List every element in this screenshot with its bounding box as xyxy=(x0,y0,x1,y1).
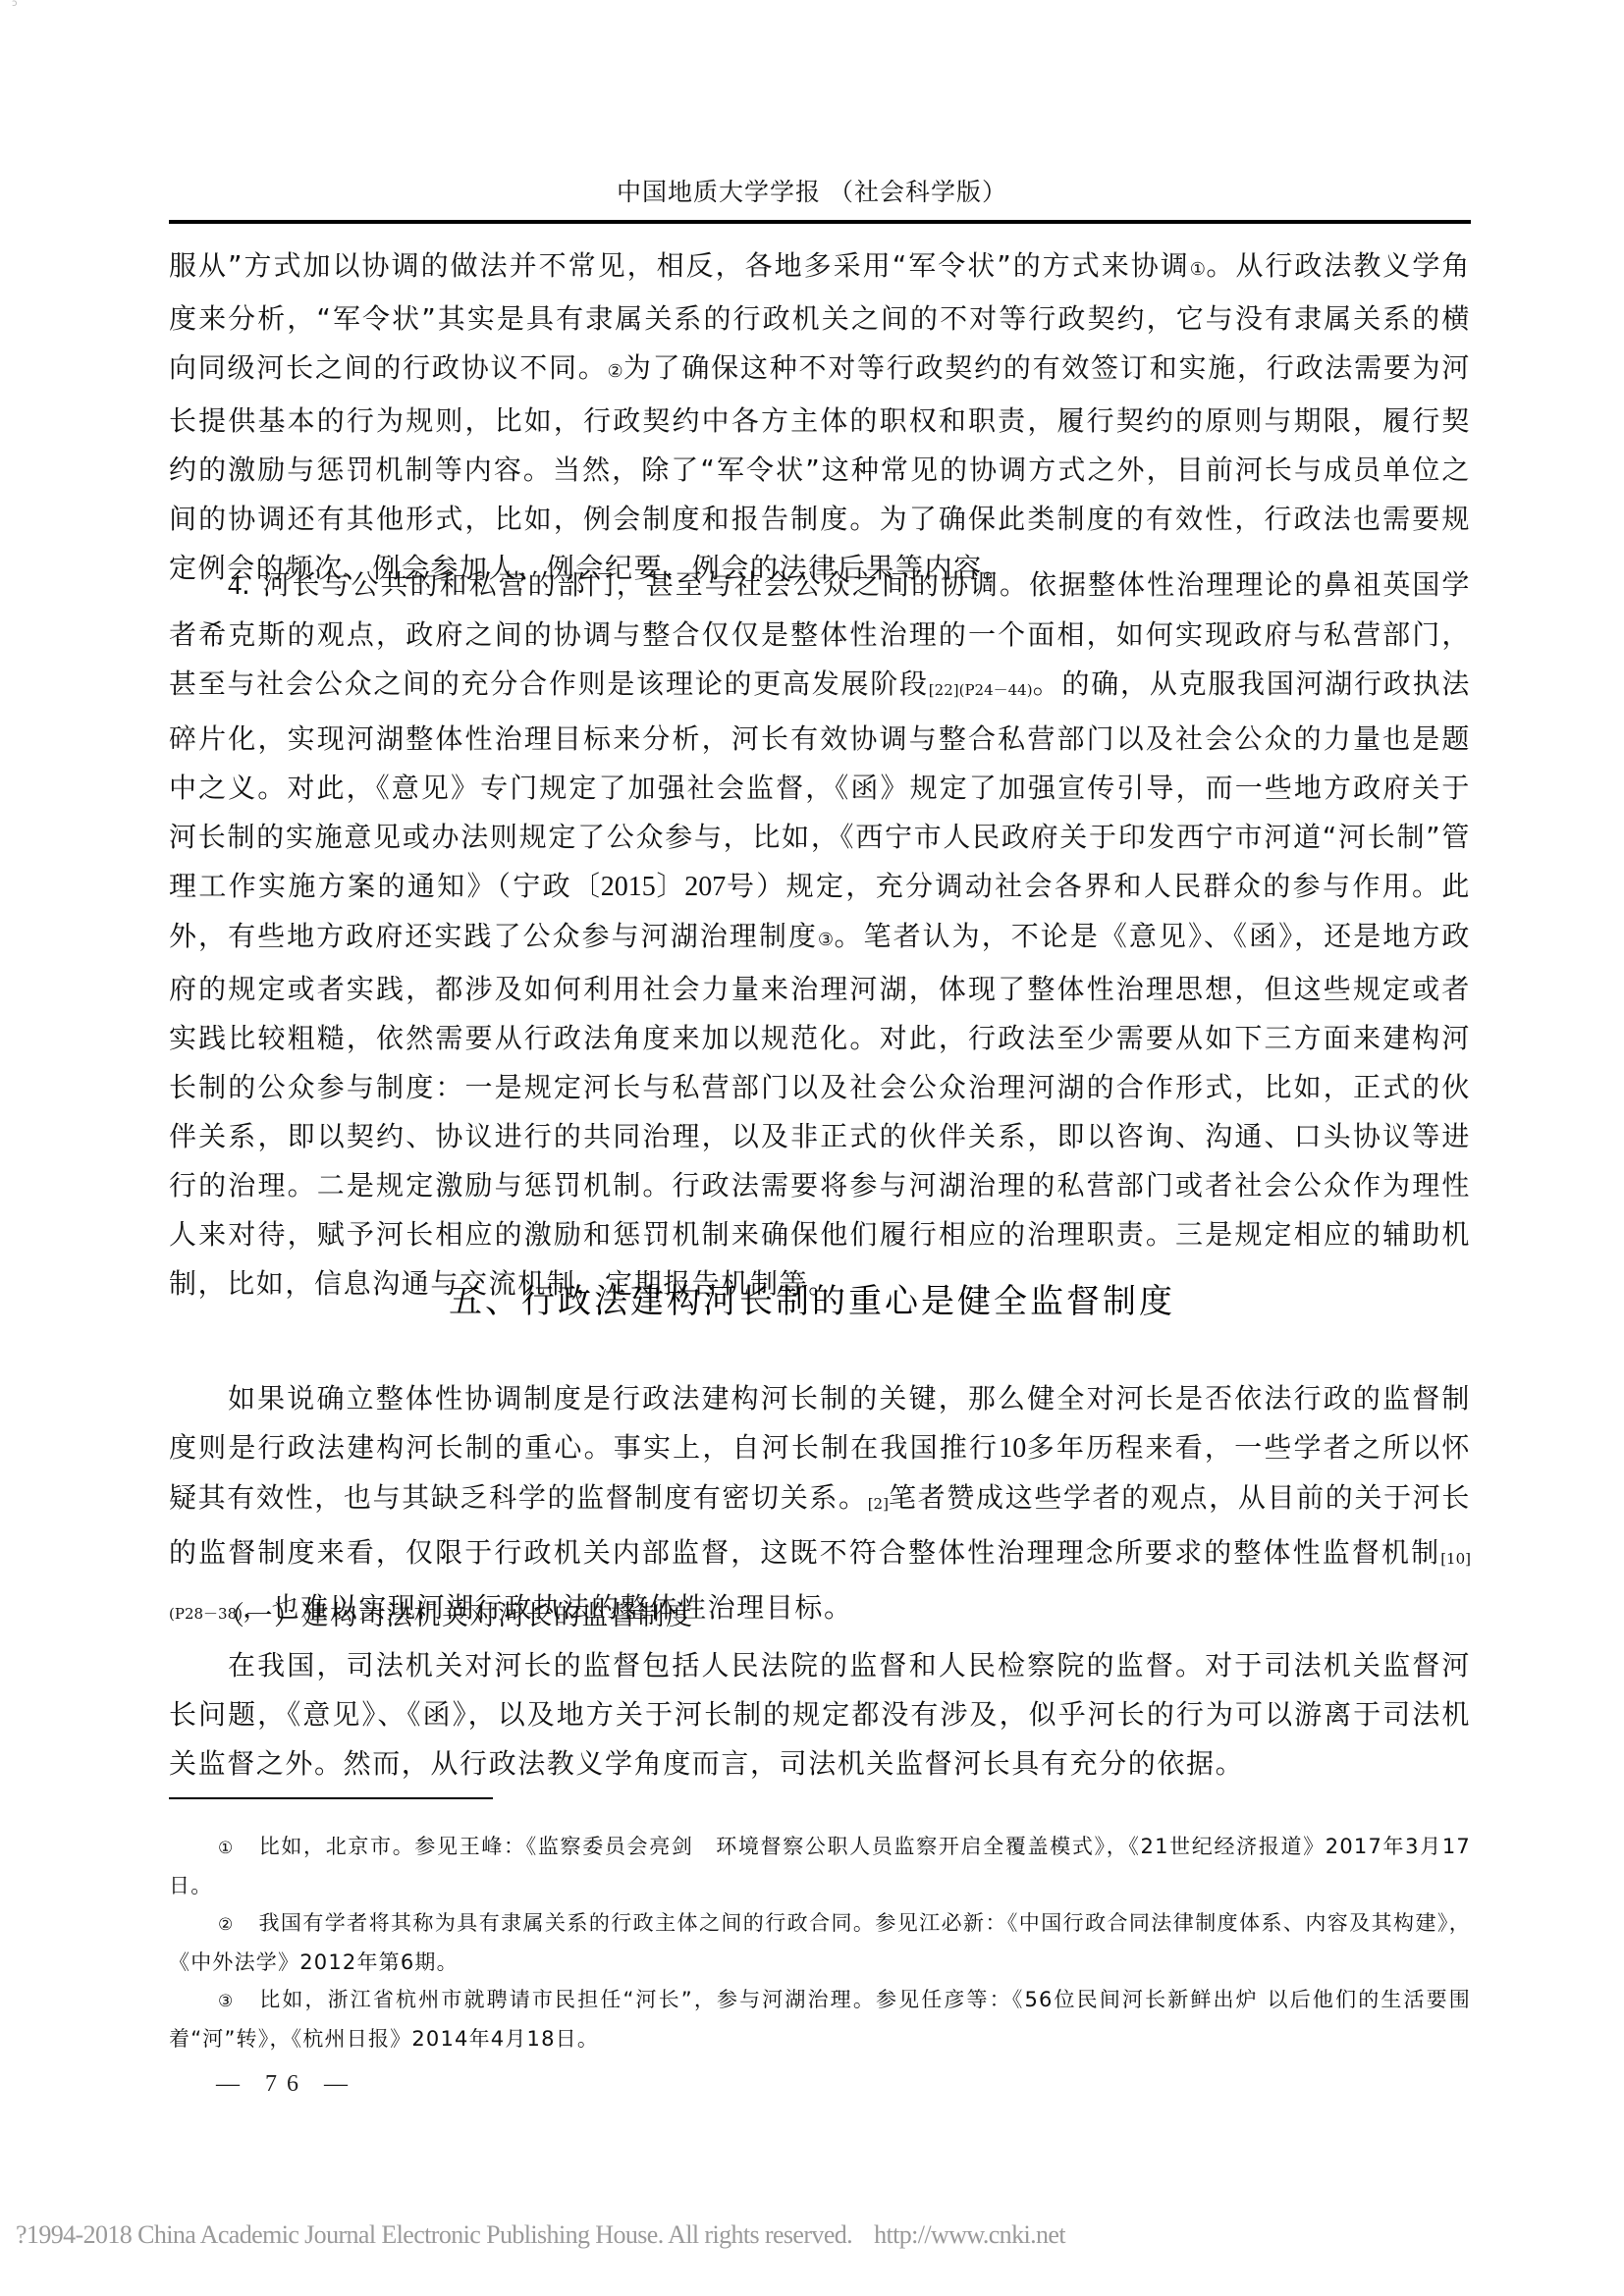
footnote-1: ①比如，北京市。参见王峰：《监察委员会亮剑 环境督察公职人员监察开启全覆盖模式》… xyxy=(169,1828,1471,1904)
footnote-ref-1[interactable]: ① xyxy=(1190,259,1207,280)
paragraph: 4. 河长与公共的和私营的部门，甚至与社会公众之间的协调。依据整体性治理理论的鼻… xyxy=(169,561,1471,1308)
journal-title: 中国地质大学学报（社会科学版） xyxy=(0,173,1624,208)
footnote-ref-3[interactable]: ③ xyxy=(818,930,835,950)
footnotes: ①比如，北京市。参见王峰：《监察委员会亮剑 环境督察公职人员监察开启全覆盖模式》… xyxy=(169,1828,1471,2057)
text-run: 服从”方式加以协调的做法并不常见，相反，各地多采用“军令状”的方式来协调 xyxy=(169,249,1190,282)
footnote-3: ③比如，浙江省杭州市就聘请市民担任“河长”，参与河湖治理。参见任彦等：《56位民… xyxy=(169,1981,1471,2057)
paragraph: 服从”方式加以协调的做法并不常见，相反，各地多采用“军令状”的方式来协调①。从行… xyxy=(169,241,1471,593)
subsection-heading: （一）建构司法机关对河长的监督制度 xyxy=(218,1595,694,1638)
copyright-text: ?1994-2018 China Academic Journal Electr… xyxy=(16,2220,852,2249)
item-number: 4 xyxy=(228,570,242,601)
footnote-mark: ① xyxy=(218,1839,234,1858)
paragraph: 在我国，司法机关对河长的监督包括人民法院的监督和人民检察院的监督。对于司法机关监… xyxy=(169,1641,1471,1789)
document-number: 〔2015〕207 xyxy=(572,872,726,902)
footnote-mark: ③ xyxy=(218,1992,234,2011)
cnki-link[interactable]: http://www.cnki.net xyxy=(874,2220,1065,2249)
text-run: 。的确，从克服我国河湖行政执法碎片化，实现河湖整体性治理目标来分析，河长有效协调… xyxy=(169,667,1471,902)
citation-ref-22[interactable]: [22](P24－44) xyxy=(929,681,1033,699)
year-count: 10 xyxy=(999,1433,1026,1464)
footnote-2: ②我国有学者将其称为具有隶属关系的行政主体之间的行政合同。参见江必新：《中国行政… xyxy=(169,1904,1471,1981)
page-number: — 76 — xyxy=(216,2071,357,2098)
corner-scan-mark: ↄ xyxy=(12,0,24,8)
text-run: 为了确保这种不对等行政契约的有效签订和实施，行政法需要为河长提供基本的行为规则，… xyxy=(169,351,1471,584)
journal-edition: （社会科学版） xyxy=(829,178,1007,206)
footnote-mark: ② xyxy=(218,1915,233,1935)
footnote-separator xyxy=(169,1797,493,1799)
paragraph-block-2: 4. 河长与公共的和私营的部门，甚至与社会公众之间的协调。依据整体性治理理论的鼻… xyxy=(169,561,1471,1308)
footnote-text: 比如，北京市。参见王峰：《监察委员会亮剑 环境督察公职人员监察开启全覆盖模式》，… xyxy=(169,1835,1471,1897)
footnote-ref-2[interactable]: ② xyxy=(608,361,623,382)
paragraph-block-1: 服从”方式加以协调的做法并不常见，相反，各地多采用“军令状”的方式来协调①。从行… xyxy=(169,241,1471,593)
journal-name: 中国地质大学学报 xyxy=(617,178,821,206)
copyright-footer: ?1994-2018 China Academic Journal Electr… xyxy=(16,2220,1065,2250)
citation-ref-2[interactable]: [2] xyxy=(868,1495,889,1513)
footnote-text: 我国有学者将其称为具有隶属关系的行政主体之间的行政合同。参见江必新：《中国行政合… xyxy=(169,1911,1471,1974)
header-rule xyxy=(169,220,1471,224)
text-run: 。笔者认为，不论是《意见》、《函》，还是地方政府的规定或者实践，都涉及如何利用社… xyxy=(169,920,1471,1300)
footnote-text: 比如，浙江省杭州市就聘请市民担任“河长”，参与河湖治理。参见任彦等：《56位民间… xyxy=(169,1988,1471,2051)
section-heading: 五、行政法建构河长制的重心是健全监督制度 xyxy=(0,1274,1624,1322)
paragraph-block-4: 在我国，司法机关对河长的监督包括人民法院的监督和人民检察院的监督。对于司法机关监… xyxy=(169,1641,1471,1789)
